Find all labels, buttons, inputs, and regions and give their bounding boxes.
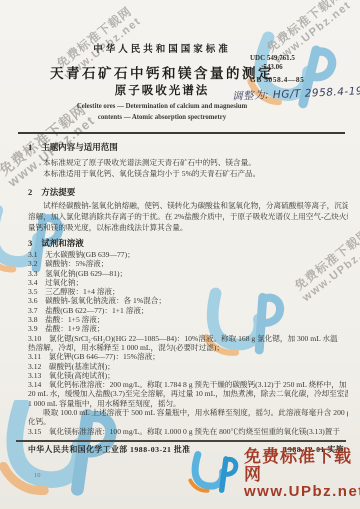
site-brand: 免费标准下载网 www.UPbz.net bbox=[186, 448, 360, 499]
brand-layer: 免费标准下载网 www.UPbz.net bbox=[0, 0, 360, 509]
scanned-standard-page: 免费标准下载网 www.UPbz.net 免费标准下载网 www.UPbz.ne… bbox=[0, 0, 360, 509]
brand-text: 免费标准下载网 www.UPbz.net bbox=[244, 448, 360, 499]
brand-site-name: 免费标准下载网 bbox=[244, 448, 360, 484]
up-logo-icon bbox=[186, 449, 240, 499]
brand-site-url: www.UPbz.net bbox=[244, 484, 360, 500]
